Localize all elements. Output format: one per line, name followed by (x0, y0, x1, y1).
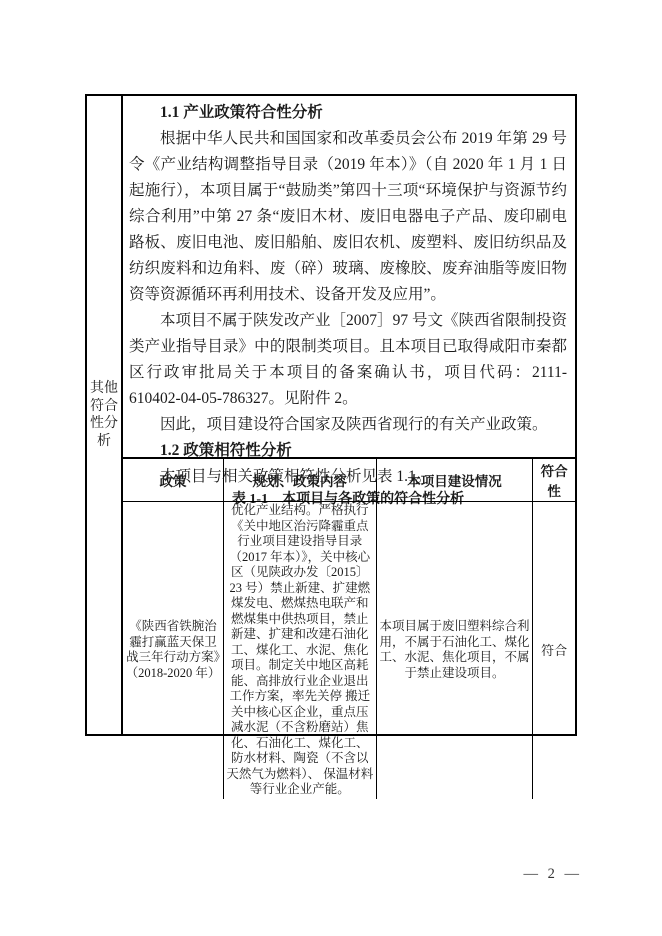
column-header-content: 规划、政策内容 (223, 459, 376, 502)
section-1-1-heading: 1.1 产业政策符合性分析 (129, 100, 567, 126)
table-header-row: 政策 规划、政策内容 本项目建设情况 符合性 (123, 459, 575, 502)
column-header-policy: 政策 (123, 459, 223, 502)
compliance-table: 政策 规划、政策内容 本项目建设情况 符合性 《陕西省铁腕治霾打赢蓝天保卫战三年… (123, 459, 575, 799)
page-number: — 2 — (524, 866, 583, 883)
text-block: 1.1 产业政策符合性分析 根据中华人民共和国国家和改革委员会公布 2019 年… (123, 96, 575, 510)
document-frame: 其他符合性分析 1.1 产业政策符合性分析 根据中华人民共和国国家和改革委员会公… (85, 94, 577, 736)
row-label: 其他符合性分析 (89, 380, 119, 450)
column-header-situation: 本项目建设情况 (376, 459, 533, 502)
section-1-1-paragraph-1: 根据中华人民共和国国家和改革委员会公布 2019 年第 29 号令《产业结构调整… (129, 126, 567, 308)
document-page: 其他符合性分析 1.1 产业政策符合性分析 根据中华人民共和国国家和改革委员会公… (0, 0, 662, 936)
table-row: 《陕西省铁腕治霾打赢蓝天保卫战三年行动方案》（2018-2020 年） 优化产业… (123, 502, 575, 799)
section-1-1-paragraph-2: 本项目不属于陕发改产业［2007］97 号文《陕西省限制投资类产业指导目录》中的… (129, 308, 567, 412)
section-1-1-paragraph-3: 因此，项目建设符合国家及陕西省现行的有关产业政策。 (129, 412, 567, 438)
row-label-cell: 其他符合性分析 (87, 96, 123, 734)
cell-compliance-result: 符合 (533, 502, 575, 799)
compliance-table-wrap: 政策 规划、政策内容 本项目建设情况 符合性 《陕西省铁腕治霾打赢蓝天保卫战三年… (123, 457, 575, 734)
content-cell: 1.1 产业政策符合性分析 根据中华人民共和国国家和改革委员会公布 2019 年… (123, 96, 575, 734)
cell-policy-name: 《陕西省铁腕治霾打赢蓝天保卫战三年行动方案》（2018-2020 年） (123, 502, 223, 799)
column-header-compliance: 符合性 (533, 459, 575, 502)
cell-project-situation: 本项目属于废旧塑料综合利用，不属于石油化工、煤化工、水泥、焦化项目，不属于禁止建… (376, 502, 533, 799)
cell-policy-content: 优化产业结构。严格执行《关中地区治污降霾重点行业项目建设指导目录（2017 年本… (223, 502, 376, 799)
